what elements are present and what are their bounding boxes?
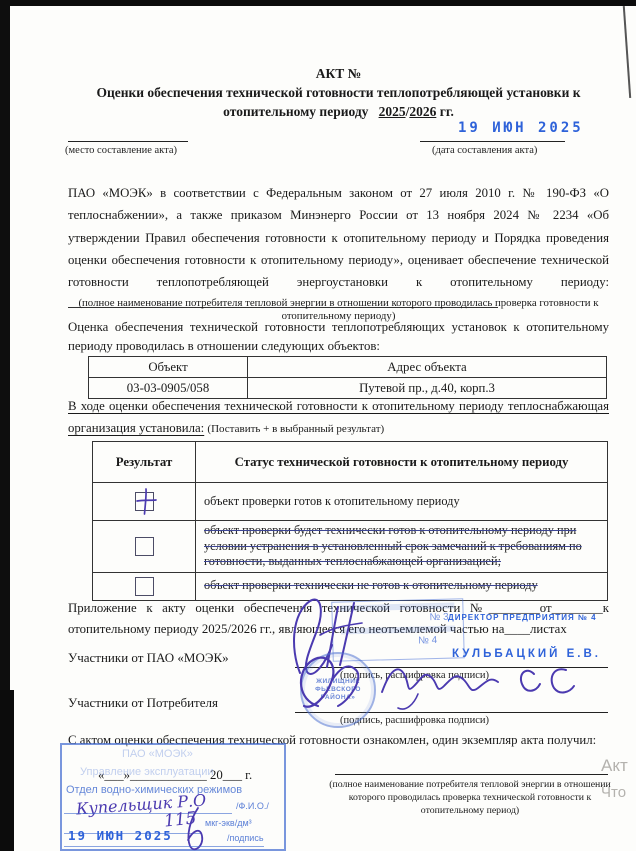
closing-line <box>335 774 608 775</box>
scan-edge-left-bottom <box>0 690 14 851</box>
status-conditional-text: объект проверки будет технически готов к… <box>196 521 608 573</box>
objects-table-header: Объект Адрес объекта <box>89 357 607 378</box>
result-table: Результат Статус технической готовности … <box>92 441 608 601</box>
bottom-stamp-org: ПАО «МОЭК» <box>122 748 193 760</box>
col-result: Результат <box>93 442 196 483</box>
objects-lead: Оценка обеспечения технической готовност… <box>68 318 609 356</box>
consumer-participants-label: Участники от Потребителя <box>68 695 218 711</box>
checkbox-cell <box>93 572 196 600</box>
result-checkbox-empty <box>135 577 154 596</box>
overlay-text-2: Что <box>601 784 626 801</box>
sign-caption: /подпись <box>227 833 264 843</box>
fio-caption: /Ф.И.О./ <box>236 801 269 811</box>
result-checkbox-empty <box>135 537 154 556</box>
checkbox-plus-mark <box>134 487 158 517</box>
col-object: Объект <box>89 357 248 378</box>
overlay-text-1: Акт <box>601 756 628 776</box>
objects-table: Объект Адрес объекта 03-03-0905/058 Путе… <box>88 356 607 399</box>
scan-edge-corner <box>623 6 631 98</box>
date-stamp: 19 ИЮН 2025 <box>458 120 584 136</box>
document-title: АКТ № Оценки обеспечения технической гот… <box>68 64 609 121</box>
bottom-stamp-rule3 <box>64 846 264 847</box>
scan-edge-top <box>0 0 636 6</box>
result-row-conditional: объект проверки будет технически готов к… <box>93 521 608 573</box>
col-address: Адрес объекта <box>248 357 607 378</box>
intro-paragraph: ПАО «МОЭК» в соответствии с Федеральным … <box>68 182 609 316</box>
closing-footnote: (полное наименование потребителя теплово… <box>325 778 615 817</box>
assessment-lead: В ходе оценки обеспечения технической го… <box>68 396 609 440</box>
col-status: Статус технической готовности к отопител… <box>196 442 608 483</box>
title-year1: 2025 <box>379 104 406 119</box>
status-not-ready-text: объект проверки технически не готов к от… <box>196 572 608 600</box>
director-stamp-title: ДИРЕКТОР ПРЕДПРИЯТИЯ № 4 <box>448 613 597 622</box>
date-caption: (дата составления акта) <box>432 145 537 156</box>
result-row-ready: объект проверки готов к отопительному пе… <box>93 483 608 521</box>
bottom-date-stamp: 19 ИЮН 2025 <box>68 828 173 843</box>
place-caption: (место составление акта) <box>65 145 177 156</box>
result-table-header: Результат Статус технической готовности … <box>93 442 608 483</box>
date-line <box>420 141 565 142</box>
title-line2: Оценки обеспечения технической готовност… <box>68 83 609 102</box>
title-year2: 2026 <box>409 104 436 119</box>
checkbox-cell <box>93 483 196 521</box>
assessment-note: (Поставить + в выбранный результат) <box>207 423 384 435</box>
title-line3: отопительному периоду 2025/2026 гг. <box>68 102 609 121</box>
title-act-number: АКТ № <box>68 64 609 83</box>
consumer-signature <box>290 648 590 714</box>
result-checkbox-checked <box>135 492 154 511</box>
bottom-stamp-dept: Управление эксплуатации <box>80 766 214 778</box>
place-line <box>68 141 188 142</box>
scanned-act-document: АКТ № Оценки обеспечения технической гот… <box>0 0 636 851</box>
received-signature <box>178 806 218 851</box>
checkbox-cell <box>93 521 196 573</box>
moek-participants-label: Участники от ПАО «МОЭК» <box>68 650 229 666</box>
status-ready-text: объект проверки готов к отопительному пе… <box>196 483 608 521</box>
